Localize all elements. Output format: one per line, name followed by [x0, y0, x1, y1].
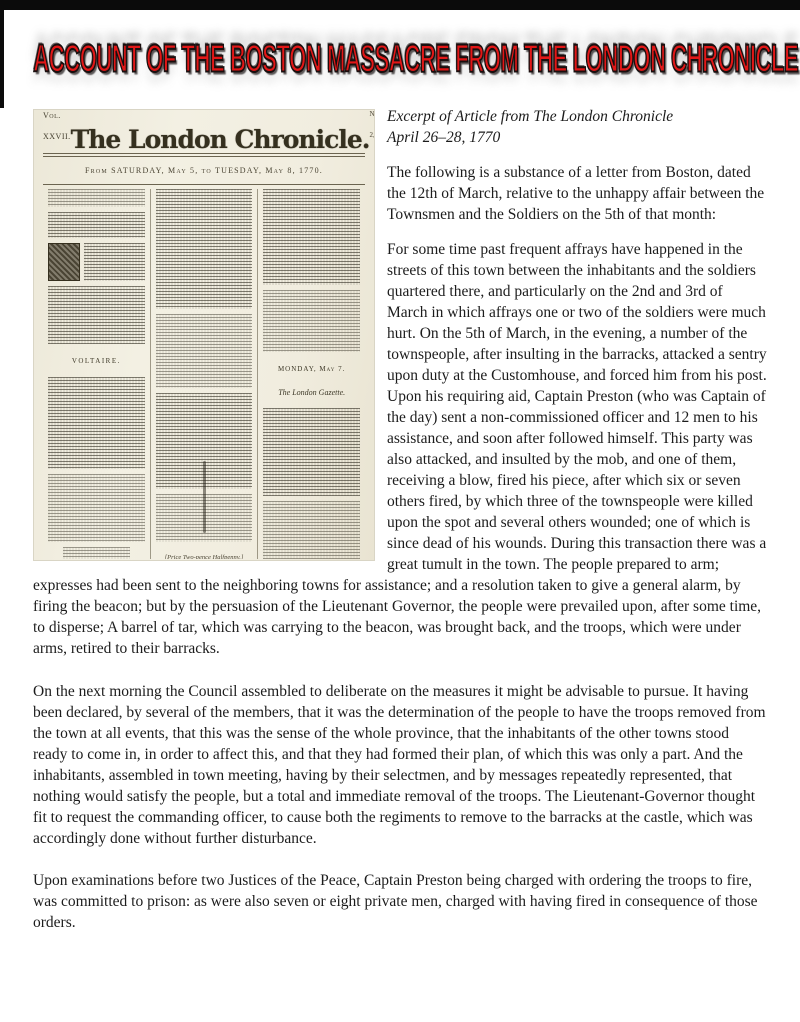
print-lines [48, 189, 145, 207]
print-lines [263, 290, 360, 352]
newspaper-column-middle: [Price Two-pence Halfpenny.] [150, 189, 258, 559]
newspaper-columns: VOLTAIRE. [Price Two-pence Halfpenny.] M… [43, 185, 365, 559]
voltaire-heading: VOLTAIRE. [48, 351, 145, 372]
woodcut-row [48, 243, 145, 281]
left-edge-strip [0, 0, 4, 108]
newspaper-title: The London Chronicle. [71, 129, 370, 150]
print-lines [48, 474, 145, 542]
newspaper-dateline: From SATURDAY, May 5, to TUESDAY, May 8,… [43, 157, 365, 184]
caption-date-line: April 26–28, 1770 [387, 129, 500, 146]
page-banner: ACCOUNT OF THE BOSTON MASSACRE FROM THE … [0, 38, 800, 82]
caption-source-line: Excerpt of Article from The London Chron… [387, 108, 673, 125]
woodcut-initial-icon [48, 243, 80, 281]
newspaper-column-right: MONDAY, May 7. The London Gazette. [257, 189, 365, 559]
price-line: [Price Two-pence Halfpenny.] [156, 547, 253, 559]
article-paragraph-council: On the next morning the Council assemble… [33, 681, 767, 849]
print-lines [48, 212, 145, 238]
print-lines [156, 314, 253, 388]
print-lines [63, 547, 131, 559]
print-lines [156, 189, 253, 309]
page-title: ACCOUNT OF THE BOSTON MASSACRE FROM THE … [33, 37, 798, 82]
print-lines [48, 286, 145, 344]
print-lines [48, 377, 145, 469]
article-paragraph-trial: Upon examinations before two Justices of… [33, 870, 767, 933]
newspaper-volume: Vol. XXVII. [43, 109, 71, 150]
newspaper-scan-image: Vol. XXVII. The London Chronicle. N°. 2,… [33, 109, 375, 561]
newspaper-masthead: Vol. XXVII. The London Chronicle. N°. 2,… [43, 120, 365, 150]
newspaper-issue-number: N°. 2,05. [369, 109, 375, 150]
article-body: Vol. XXVII. The London Chronicle. N°. 2,… [33, 106, 767, 933]
top-black-bar [0, 0, 800, 10]
print-lines [263, 408, 360, 496]
print-lines [263, 501, 360, 559]
gazette-title-heading: The London Gazette. [263, 382, 360, 403]
scan-fold-smudge [203, 461, 206, 533]
print-lines [84, 243, 145, 281]
gazette-day-heading: MONDAY, May 7. [263, 359, 360, 380]
newspaper-column-left: VOLTAIRE. [43, 189, 150, 559]
print-lines [263, 189, 360, 285]
